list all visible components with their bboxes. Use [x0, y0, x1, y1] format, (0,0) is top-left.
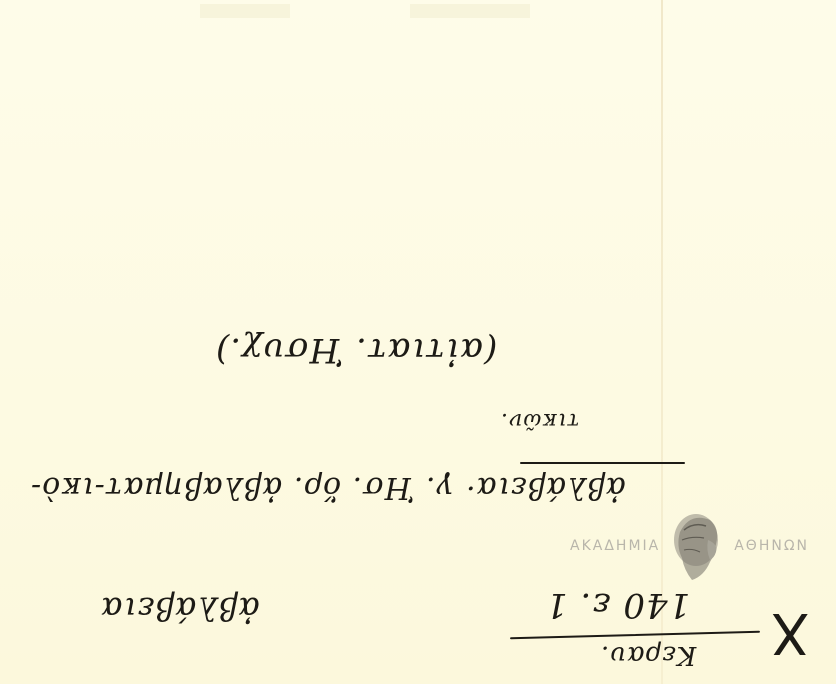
handwritten-corner-mark: X	[770, 600, 809, 665]
handwritten-headword: ἀβλάβεια	[100, 590, 260, 628]
document-page: (αἰτιατ. Ἡσυχ.) τικῶν. ἀβλάβεια· γ. Ἡσ. …	[0, 0, 836, 684]
paper-smudge	[410, 4, 530, 18]
paper-smudge	[200, 4, 290, 18]
watermark-left-text: ΑΚΑΔΗΜΙΑ	[570, 538, 660, 554]
watermark-right-text: ΑΘΗΝΩΝ	[734, 538, 809, 554]
reference-rule	[510, 631, 760, 640]
academy-of-athens-watermark: ΑΚΑΔΗΜΙΑ ΑΘΗΝΩΝ	[570, 508, 830, 584]
handwritten-entry-line: ἀβλάβεια· γ. Ἡσ. ὅρ. ἀβλαβηματ-ικὸ-	[30, 470, 626, 505]
handwritten-parenthetical: (αἰτιατ. Ἡσυχ.)	[215, 330, 497, 370]
handwritten-reference-label: Κεραυ.	[600, 640, 696, 670]
underline-rule	[520, 462, 685, 464]
athena-head-icon	[670, 510, 726, 582]
handwritten-reference-number: 140 ε. 1	[545, 585, 690, 625]
handwritten-entry-continuation: τικῶν.	[500, 408, 580, 433]
